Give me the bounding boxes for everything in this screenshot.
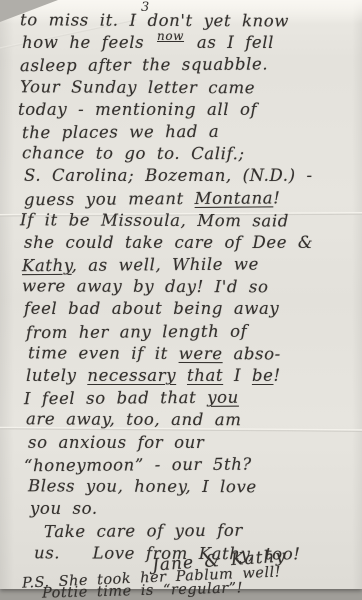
underlined-word: that (187, 366, 223, 385)
letter-line: S. Carolina; Bozeman, (N.D.) - (24, 165, 356, 187)
line-segment: abso- (223, 344, 281, 363)
line-segment: time even if it (28, 343, 179, 363)
letter-line: I feel so bad that you (24, 386, 356, 411)
letter-line: were away by day! I'd so (22, 276, 356, 300)
line-segment: how he feels (22, 33, 155, 52)
letter-line: to miss it. I don't yet know (20, 9, 356, 33)
inserted-word: now (157, 25, 184, 47)
letter-line: today - mentioning all of (18, 99, 356, 121)
letter-page: 3 to miss it. I don't yet know how he fe… (0, 0, 362, 589)
letter-line: are away, too, and am (26, 409, 356, 433)
letter-line: the places we had a (22, 120, 356, 145)
line-segment: as I fell (186, 33, 274, 52)
letter-line: If it be Missoula, Mom said (20, 209, 356, 233)
line-segment: I feel so bad that (24, 388, 207, 408)
line-segment (176, 366, 187, 385)
line-segment: ! (273, 366, 280, 385)
letter-line: asleep after the squabble. (20, 53, 356, 78)
letter-line: time even if it were abso- (28, 342, 356, 366)
scanned-letter: 3 to miss it. I don't yet know how he fe… (0, 0, 362, 600)
letter-line: you so. (30, 498, 356, 520)
letter-line: guess you meant Montana! (24, 186, 356, 211)
underlined-word: you (207, 388, 239, 407)
underlined-word: necessary (87, 366, 176, 385)
underlined-word: Kathy (22, 256, 72, 275)
letter-line: feel bad about being away (24, 298, 356, 320)
line-segment: guess you meant (24, 188, 195, 208)
letter-line: Take care of you for (44, 519, 356, 543)
letter-body: to miss it. I don't yet know how he feel… (0, 10, 356, 565)
letter-line: Bless you, honey, I love (28, 475, 356, 499)
line-segment: , as well, While we (71, 255, 259, 275)
letter-line: so anxious for our (28, 432, 356, 454)
line-segment: I (223, 366, 252, 385)
underlined-word: were (179, 344, 223, 363)
letter-line: how he feels now as I fell (22, 32, 356, 54)
line-segment: ! (273, 188, 280, 207)
underlined-word: Montana (195, 188, 274, 208)
letter-line: Your Sunday letter came (20, 76, 356, 100)
line-segment: lutely (26, 366, 87, 385)
letter-line: Kathy, as well, While we (22, 253, 356, 278)
letter-line: she could take care of Dee & (24, 232, 356, 254)
letter-line: lutely necessary that I be! (26, 365, 356, 387)
underlined-word: be (252, 366, 274, 385)
letter-line: chance to go to. Calif.; (22, 142, 356, 166)
letter-line: from her any length of (26, 319, 356, 343)
letter-line: “honeymoon” - our 5th? (24, 453, 356, 478)
